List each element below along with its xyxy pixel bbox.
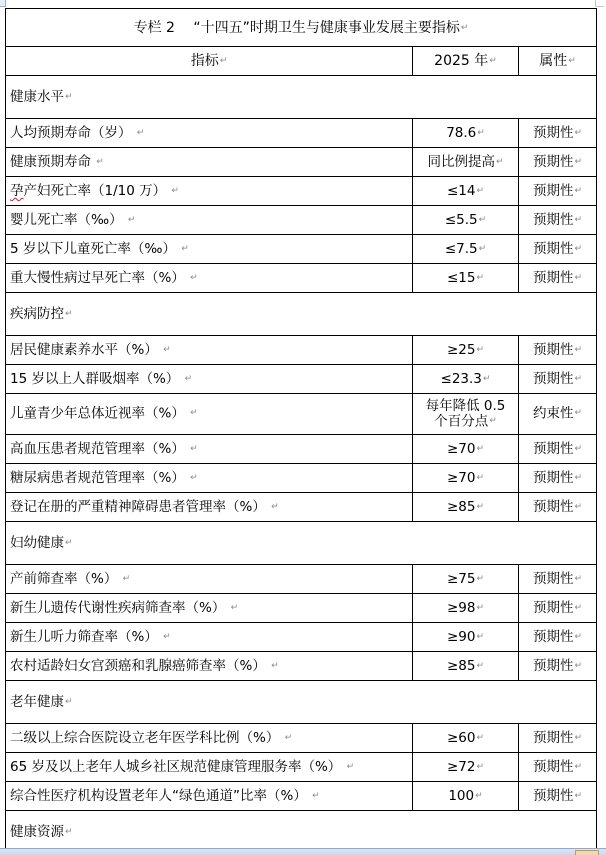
attribute-text: 约束性 (533, 406, 574, 422)
target-value-cell[interactable]: ≤5.5↵ (413, 206, 519, 235)
table-row: 重大慢性病过早死亡率（%） ↵≤15↵预期性↵ (6, 264, 597, 293)
paragraph-mark-icon: ↵ (574, 273, 582, 283)
indicators-table: 专栏 2 “十四五”时期卫生与健康事业发展主要指标↵ 指标↵ 2025 年↵ 属… (5, 8, 597, 854)
target-value-cell[interactable]: ≥90↵ (413, 623, 519, 652)
attribute-cell[interactable]: 预期性↵ (519, 782, 597, 811)
header-indicator[interactable]: 指标↵ (6, 47, 413, 76)
attribute-cell[interactable]: 预期性↵ (519, 435, 597, 464)
target-value-cell[interactable]: ≥85↵ (413, 652, 519, 681)
indicator-text: 孕产妇死亡率（1/10 万） (10, 183, 166, 199)
attribute-text: 预期性 (533, 441, 574, 457)
table-row: 孕产妇死亡率（1/10 万） ↵≤14↵预期性↵ (6, 177, 597, 206)
target-value-text: ≤23.3 (441, 371, 482, 387)
paragraph-mark-icon: ↵ (574, 374, 582, 384)
section-heading-text: 健康水平 (10, 89, 64, 105)
attribute-text: 预期性 (533, 730, 574, 746)
table-row: 高血压患者规范管理率（%） ↵≥70↵预期性↵ (6, 435, 597, 464)
section-heading-text: 健康资源 (10, 824, 64, 840)
section-row: 老年健康↵ (6, 681, 597, 724)
section-heading[interactable]: 健康水平↵ (6, 76, 597, 119)
indicator-text: 新生儿遗传代谢性疾病筛查率（%） (10, 600, 225, 616)
attribute-text: 预期性 (533, 154, 574, 170)
paragraph-mark-icon: ↵ (476, 273, 484, 283)
table-row: 二级以上综合医院设立老年医学科比例（%） ↵≥60↵预期性↵ (6, 724, 597, 753)
target-value-text: ≥70 (447, 441, 476, 457)
indicator-cell[interactable]: 综合性医疗机构设置老年人“绿色通道”比率（%） ↵ (6, 782, 413, 811)
paragraph-mark-icon: ↵ (496, 157, 504, 167)
target-value-text: ≤15 (447, 270, 476, 286)
indicator-cell[interactable]: 高血压患者规范管理率（%） ↵ (6, 435, 413, 464)
section-heading[interactable]: 老年健康↵ (6, 681, 597, 724)
target-value-text: ≤5.5 (445, 212, 478, 228)
paragraph-mark-icon: ↵ (476, 186, 484, 196)
target-value-text: ≤14 (447, 183, 476, 199)
target-value-cell[interactable]: ≥70↵ (413, 464, 519, 493)
target-value-text: ≥75 (447, 571, 476, 587)
paragraph-mark-icon: ↵ (475, 791, 483, 801)
paragraph-mark-icon: ↵ (163, 632, 171, 642)
paragraph-mark-icon: ↵ (574, 345, 582, 355)
indicator-text: 综合性医疗机构设置老年人“绿色通道”比率（%） (10, 788, 307, 804)
attribute-cell[interactable]: 预期性↵ (519, 119, 597, 148)
paragraph-mark-icon: ↵ (574, 502, 582, 512)
indicator-cell[interactable]: 居民健康素养水平（%） ↵ (6, 336, 413, 365)
target-value-cell[interactable]: ≥85↵ (413, 493, 519, 522)
indicator-cell[interactable]: 糖尿病患者规范管理率（%） ↵ (6, 464, 413, 493)
indicator-cell[interactable]: 婴儿死亡率（‰） ↵ (6, 206, 413, 235)
section-row: 疾病防控↵ (6, 293, 597, 336)
paragraph-mark-icon: ↵ (181, 244, 189, 254)
attribute-text: 预期性 (533, 183, 574, 199)
attribute-cell[interactable]: 预期性↵ (519, 235, 597, 264)
paragraph-mark-icon: ↵ (574, 128, 582, 138)
attribute-text: 预期性 (533, 600, 574, 616)
paragraph-mark-icon: ↵ (312, 791, 320, 801)
paragraph-mark-icon: ↵ (476, 345, 484, 355)
paragraph-mark-icon: ↵ (574, 473, 582, 483)
indicator-text: 5 岁以下儿童死亡率（‰） (10, 241, 176, 257)
attribute-cell[interactable]: 预期性↵ (519, 206, 597, 235)
indicator-cell[interactable]: 人均预期寿命（岁） ↵ (6, 119, 413, 148)
indicator-text: 农村适龄妇女宫颈癌和乳腺癌筛查率（%） (10, 658, 266, 674)
indicator-cell[interactable]: 15 岁以上人群吸烟率（%） ↵ (6, 365, 413, 394)
page-corner-mark (595, 0, 604, 7)
paragraph-mark-icon: ↵ (476, 502, 484, 512)
section-heading-text: 妇幼健康 (10, 535, 64, 551)
attribute-text: 预期性 (533, 371, 574, 387)
paragraph-mark-icon: ↵ (477, 128, 485, 138)
paragraph-mark-icon: ↵ (574, 408, 582, 418)
target-value-cell[interactable]: ≥98↵ (413, 594, 519, 623)
target-value-cell[interactable]: ≥70↵ (413, 435, 519, 464)
section-heading[interactable]: 妇幼健康↵ (6, 522, 597, 565)
paragraph-mark-icon: ↵ (65, 309, 73, 319)
table-row: 65 岁及以上老年人城乡社区规范健康管理服务率（%） ↵≥72↵预期性↵ (6, 753, 597, 782)
header-attribute[interactable]: 属性↵ (519, 47, 597, 76)
paragraph-mark-icon: ↵ (574, 244, 582, 254)
paragraph-mark-icon: ↵ (568, 56, 576, 66)
indicator-cell[interactable]: 健康预期寿命 ↵ (6, 148, 413, 177)
header-attribute-text: 属性 (539, 53, 567, 69)
table-row: 人均预期寿命（岁） ↵78.6↵预期性↵ (6, 119, 597, 148)
target-value-text: ≥72 (447, 759, 476, 775)
indicator-cell[interactable]: 孕产妇死亡率（1/10 万） ↵ (6, 177, 413, 206)
indicator-cell[interactable]: 新生儿听力筛查率（%） ↵ (6, 623, 413, 652)
paragraph-mark-icon: ↵ (190, 408, 198, 418)
attribute-text: 预期性 (533, 212, 574, 228)
attribute-cell[interactable]: 预期性↵ (519, 177, 597, 206)
attribute-text: 预期性 (533, 342, 574, 358)
paragraph-mark-icon: ↵ (96, 157, 104, 167)
attribute-cell[interactable]: 预期性↵ (519, 148, 597, 177)
scrollbar-corner-button[interactable] (575, 850, 599, 855)
table-row: 农村适龄妇女宫颈癌和乳腺癌筛查率（%） ↵≥85↵预期性↵ (6, 652, 597, 681)
section-row: 妇幼健康↵ (6, 522, 597, 565)
attribute-cell[interactable]: 预期性↵ (519, 565, 597, 594)
target-value-cell[interactable]: 同比例提高↵ (413, 148, 519, 177)
table-row: 新生儿听力筛查率（%） ↵≥90↵预期性↵ (6, 623, 597, 652)
paragraph-mark-icon: ↵ (483, 374, 491, 384)
paragraph-mark-icon: ↵ (489, 56, 497, 66)
table-row: 健康预期寿命 ↵同比例提高↵预期性↵ (6, 148, 597, 177)
indicator-text: 登记在册的严重精神障碍患者管理率（%） (10, 499, 266, 515)
target-value-cell[interactable]: 78.6↵ (413, 119, 519, 148)
table-row: 婴儿死亡率（‰） ↵≤5.5↵预期性↵ (6, 206, 597, 235)
target-value-cell[interactable]: ≥75↵ (413, 565, 519, 594)
attribute-text: 预期性 (533, 788, 574, 804)
header-target-2025[interactable]: 2025 年↵ (413, 47, 519, 76)
target-value-cell[interactable]: 每年降低 0.5 个百分点↵ (413, 394, 519, 435)
target-value-text: 同比例提高 (427, 154, 495, 170)
section-heading[interactable]: 疾病防控↵ (6, 293, 597, 336)
paragraph-mark-icon: ↵ (574, 186, 582, 196)
paragraph-mark-icon: ↵ (185, 374, 193, 384)
paragraph-mark-icon: ↵ (347, 762, 355, 772)
paragraph-mark-icon: ↵ (476, 762, 484, 772)
target-value-cell[interactable]: ≤14↵ (413, 177, 519, 206)
target-value-cell[interactable]: ≤7.5↵ (413, 235, 519, 264)
paragraph-mark-icon: ↵ (574, 632, 582, 642)
indicator-text: 65 岁及以上老年人城乡社区规范健康管理服务率（%） (10, 759, 341, 775)
attribute-cell[interactable]: 预期性↵ (519, 623, 597, 652)
indicator-text: 重大慢性病过早死亡率（%） (10, 270, 185, 286)
table-row: 产前筛查率（%） ↵≥75↵预期性↵ (6, 565, 597, 594)
indicator-cell[interactable]: 产前筛查率（%） ↵ (6, 565, 413, 594)
target-value-text: 78.6 (446, 125, 476, 141)
attribute-text: 预期性 (533, 241, 574, 257)
paragraph-mark-icon: ↵ (163, 345, 171, 355)
table-title[interactable]: 专栏 2 “十四五”时期卫生与健康事业发展主要指标↵ (6, 9, 597, 47)
attribute-cell[interactable]: 预期性↵ (519, 336, 597, 365)
indicator-text: 婴儿死亡率（‰） (10, 212, 123, 228)
target-value-text: 100 (448, 788, 474, 804)
attribute-text: 预期性 (533, 470, 574, 486)
indicator-text: 二级以上综合医院设立老年医学科比例（%） (10, 730, 279, 746)
attribute-text: 预期性 (533, 759, 574, 775)
paragraph-mark-icon: ↵ (476, 444, 484, 454)
indicator-text: 产前筛查率（%） (10, 571, 117, 587)
table-title-text: 专栏 2 “十四五”时期卫生与健康事业发展主要指标 (134, 20, 460, 36)
paragraph-mark-icon: ↵ (574, 603, 582, 613)
target-value-text: ≥85 (447, 658, 476, 674)
indicator-cell[interactable]: 新生儿遗传代谢性疾病筛查率（%） ↵ (6, 594, 413, 623)
paragraph-mark-icon: ↵ (574, 661, 582, 671)
paragraph-mark-icon: ↵ (65, 827, 73, 837)
attribute-text: 预期性 (533, 499, 574, 515)
attribute-text: 预期性 (533, 658, 574, 674)
attribute-cell[interactable]: 预期性↵ (519, 264, 597, 293)
paragraph-mark-icon: ↵ (489, 416, 497, 426)
paragraph-mark-icon: ↵ (190, 473, 198, 483)
table-move-handle[interactable] (0, 0, 6, 7)
indicator-text: 糖尿病患者规范管理率（%） (10, 470, 185, 486)
paragraph-mark-icon: ↵ (65, 92, 73, 102)
paragraph-mark-icon: ↵ (231, 603, 239, 613)
indicator-cell[interactable]: 5 岁以下儿童死亡率（‰） ↵ (6, 235, 413, 264)
attribute-text: 预期性 (533, 571, 574, 587)
table-row: 新生儿遗传代谢性疾病筛查率（%） ↵≥98↵预期性↵ (6, 594, 597, 623)
attribute-cell[interactable]: 预期性↵ (519, 594, 597, 623)
table-row: 糖尿病患者规范管理率（%） ↵≥70↵预期性↵ (6, 464, 597, 493)
indicator-text: 居民健康素养水平（%） (10, 342, 158, 358)
target-value-cell[interactable]: ≥60↵ (413, 724, 519, 753)
target-value-text: ≥98 (447, 600, 476, 616)
paragraph-mark-icon: ↵ (220, 56, 228, 66)
attribute-cell[interactable]: 约束性↵ (519, 394, 597, 435)
indicator-text: 儿童青少年总体近视率（%） (10, 406, 185, 422)
indicator-cell[interactable]: 农村适龄妇女宫颈癌和乳腺癌筛查率（%） ↵ (6, 652, 413, 681)
target-value-cell[interactable]: ≥25↵ (413, 336, 519, 365)
indicator-cell[interactable]: 儿童青少年总体近视率（%） ↵ (6, 394, 413, 435)
section-heading-text: 老年健康 (10, 694, 64, 710)
indicator-cell[interactable]: 重大慢性病过早死亡率（%） ↵ (6, 264, 413, 293)
table-row: 儿童青少年总体近视率（%） ↵每年降低 0.5 个百分点↵约束性↵ (6, 394, 597, 435)
paragraph-mark-icon: ↵ (574, 733, 582, 743)
target-value-cell[interactable]: ≤23.3↵ (413, 365, 519, 394)
paragraph-mark-icon: ↵ (271, 502, 279, 512)
attribute-cell[interactable]: 预期性↵ (519, 493, 597, 522)
table-sections: 健康水平↵人均预期寿命（岁） ↵78.6↵预期性↵健康预期寿命 ↵同比例提高↵预… (6, 76, 597, 854)
attribute-cell[interactable]: 预期性↵ (519, 753, 597, 782)
table-row: 居民健康素养水平（%） ↵≥25↵预期性↵ (6, 336, 597, 365)
indicator-cell[interactable]: 二级以上综合医院设立老年医学科比例（%） ↵ (6, 724, 413, 753)
attribute-cell[interactable]: 预期性↵ (519, 652, 597, 681)
paragraph-mark-icon: ↵ (476, 473, 484, 483)
paragraph-mark-icon: ↵ (574, 574, 582, 584)
paragraph-mark-icon: ↵ (479, 215, 487, 225)
indicator-text: 15 岁以上人群吸烟率（%） (10, 371, 179, 387)
attribute-text: 预期性 (533, 629, 574, 645)
paragraph-mark-icon: ↵ (190, 444, 198, 454)
horizontal-scrollbar[interactable] (0, 848, 606, 855)
target-value-cell[interactable]: ≥72↵ (413, 753, 519, 782)
attribute-cell[interactable]: 预期性↵ (519, 724, 597, 753)
attribute-cell[interactable]: 预期性↵ (519, 464, 597, 493)
indicator-cell[interactable]: 65 岁及以上老年人城乡社区规范健康管理服务率（%） ↵ (6, 753, 413, 782)
target-value-text: ≥70 (447, 470, 476, 486)
paragraph-mark-icon: ↵ (285, 733, 293, 743)
table-row: 5 岁以下儿童死亡率（‰） ↵≤7.5↵预期性↵ (6, 235, 597, 264)
paragraph-mark-icon: ↵ (128, 215, 136, 225)
paragraph-mark-icon: ↵ (574, 444, 582, 454)
paragraph-mark-icon: ↵ (574, 215, 582, 225)
paragraph-mark-icon: ↵ (123, 574, 131, 584)
paragraph-mark-icon: ↵ (479, 244, 487, 254)
spellcheck-mark: 孕 (10, 183, 24, 199)
indicator-text: 健康预期寿命 (10, 154, 91, 170)
section-heading-text: 疾病防控 (10, 306, 64, 322)
target-value-cell[interactable]: ≤15↵ (413, 264, 519, 293)
section-row: 健康水平↵ (6, 76, 597, 119)
indicator-text: 高血压患者规范管理率（%） (10, 441, 185, 457)
table-row: 登记在册的严重精神障碍患者管理率（%） ↵≥85↵预期性↵ (6, 493, 597, 522)
header-indicator-text: 指标 (191, 53, 219, 69)
paragraph-mark-icon: ↵ (190, 273, 198, 283)
indicator-cell[interactable]: 登记在册的严重精神障碍患者管理率（%） ↵ (6, 493, 413, 522)
target-value-text: ≥25 (447, 342, 476, 358)
attribute-cell[interactable]: 预期性↵ (519, 365, 597, 394)
paragraph-mark-icon: ↵ (137, 128, 145, 138)
paragraph-mark-icon: ↵ (476, 661, 484, 671)
paragraph-mark-icon: ↵ (574, 762, 582, 772)
indicator-text: 人均预期寿命（岁） (10, 125, 132, 141)
paragraph-mark-icon: ↵ (476, 574, 484, 584)
target-value-text: ≥60 (447, 730, 476, 746)
paragraph-mark-icon: ↵ (461, 23, 469, 33)
paragraph-mark-icon: ↵ (476, 632, 484, 642)
target-value-text: ≥90 (447, 629, 476, 645)
target-value-text: ≥85 (447, 499, 476, 515)
paragraph-mark-icon: ↵ (476, 603, 484, 613)
table-title-row: 专栏 2 “十四五”时期卫生与健康事业发展主要指标↵ (6, 9, 597, 47)
target-value-cell[interactable]: 100↵ (413, 782, 519, 811)
paragraph-mark-icon: ↵ (65, 538, 73, 548)
table-row: 15 岁以上人群吸烟率（%） ↵≤23.3↵预期性↵ (6, 365, 597, 394)
indicator-text: 新生儿听力筛查率（%） (10, 629, 158, 645)
target-value-text: ≤7.5 (445, 241, 478, 257)
paragraph-mark-icon: ↵ (171, 186, 179, 196)
paragraph-mark-icon: ↵ (476, 733, 484, 743)
table-header-row: 指标↵ 2025 年↵ 属性↵ (6, 47, 597, 76)
table-row: 综合性医疗机构设置老年人“绿色通道”比率（%） ↵100↵预期性↵ (6, 782, 597, 811)
paragraph-mark-icon: ↵ (271, 661, 279, 671)
paragraph-mark-icon: ↵ (574, 157, 582, 167)
attribute-text: 预期性 (533, 125, 574, 141)
paragraph-mark-icon: ↵ (65, 697, 73, 707)
attribute-text: 预期性 (533, 270, 574, 286)
paragraph-mark-icon: ↵ (574, 791, 582, 801)
header-target-text: 2025 年 (434, 53, 488, 69)
